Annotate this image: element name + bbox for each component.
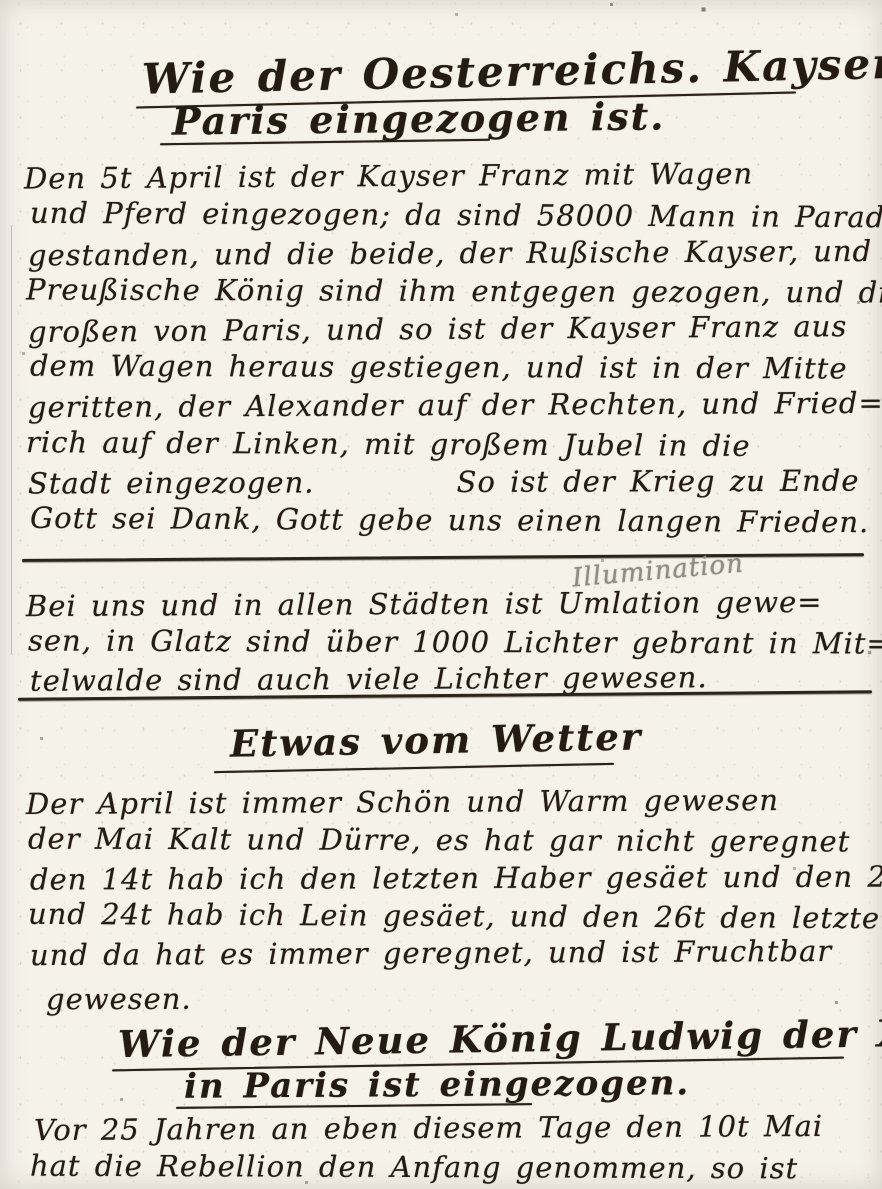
entry-line: Der April ist immer Schön und Warm gewes… [26, 786, 779, 819]
entry-line: rich auf der Linken, mit großem Jubel in… [26, 428, 751, 461]
entry-line: gestanden, und die beide, der Rußische K… [28, 237, 882, 271]
entry-line: dem Wagen heraus gestiegen, und ist in d… [30, 352, 848, 384]
title-line-2: Paris eingezogen ist. [172, 97, 666, 140]
entry-line: den 14t hab ich den letzten Haber gesäet… [30, 862, 882, 894]
entry-line: geritten, der Alexander auf der Rechten,… [28, 389, 882, 422]
section-heading-wetter: Etwas vom Wetter [230, 718, 643, 762]
entry-line: der Mai Kalt und Dürre, es hat gar nicht… [28, 825, 850, 857]
entry-line: und da hat es immer geregnet, und ist Fr… [30, 937, 832, 970]
entry-line: und Pferd eingezogen; da sind 58000 Mann… [30, 199, 882, 233]
fold-line [11, 225, 12, 655]
section-heading-ludwig-1: Wie der Neue König Ludwig der XVIII [118, 1014, 882, 1063]
entry-line: großen von Paris, und so ist der Kayser … [28, 312, 847, 347]
entry-line: telwalde sind auch viele Lichter gewesen… [30, 663, 708, 696]
entry-line: Bei uns und in allen Städten ist Umlatio… [26, 588, 823, 621]
entry-line: Vor 25 Jahren an eben diesem Tage den 10… [34, 1112, 823, 1145]
section-heading-ludwig-2: in Paris ist eingezogen. [184, 1066, 690, 1104]
entry-line: Stadt eingezogen. So ist der Krieg zu En… [28, 467, 860, 499]
entry-line: gewesen. [46, 985, 192, 1015]
manuscript-page: Wie der Oesterreichs. Kayser in Paris ei… [0, 0, 882, 1189]
entry-line: sen, in Glatz sind über 1000 Lichter geb… [28, 626, 882, 658]
entry-line: Den 5t April ist der Kayser Franz mit Wa… [24, 159, 753, 193]
entry-line: hat die Rebellion den Anfang genommen, s… [30, 1152, 798, 1184]
entry-line: und 24t hab ich Lein gesäet, und den 26t… [28, 900, 882, 934]
entry-line: Preußische König sind ihm entgegen gezog… [26, 275, 882, 307]
entry-line: Gott sei Dank, Gott gebe uns einen lange… [30, 504, 869, 537]
ink-specks [0, 0, 1, 1]
